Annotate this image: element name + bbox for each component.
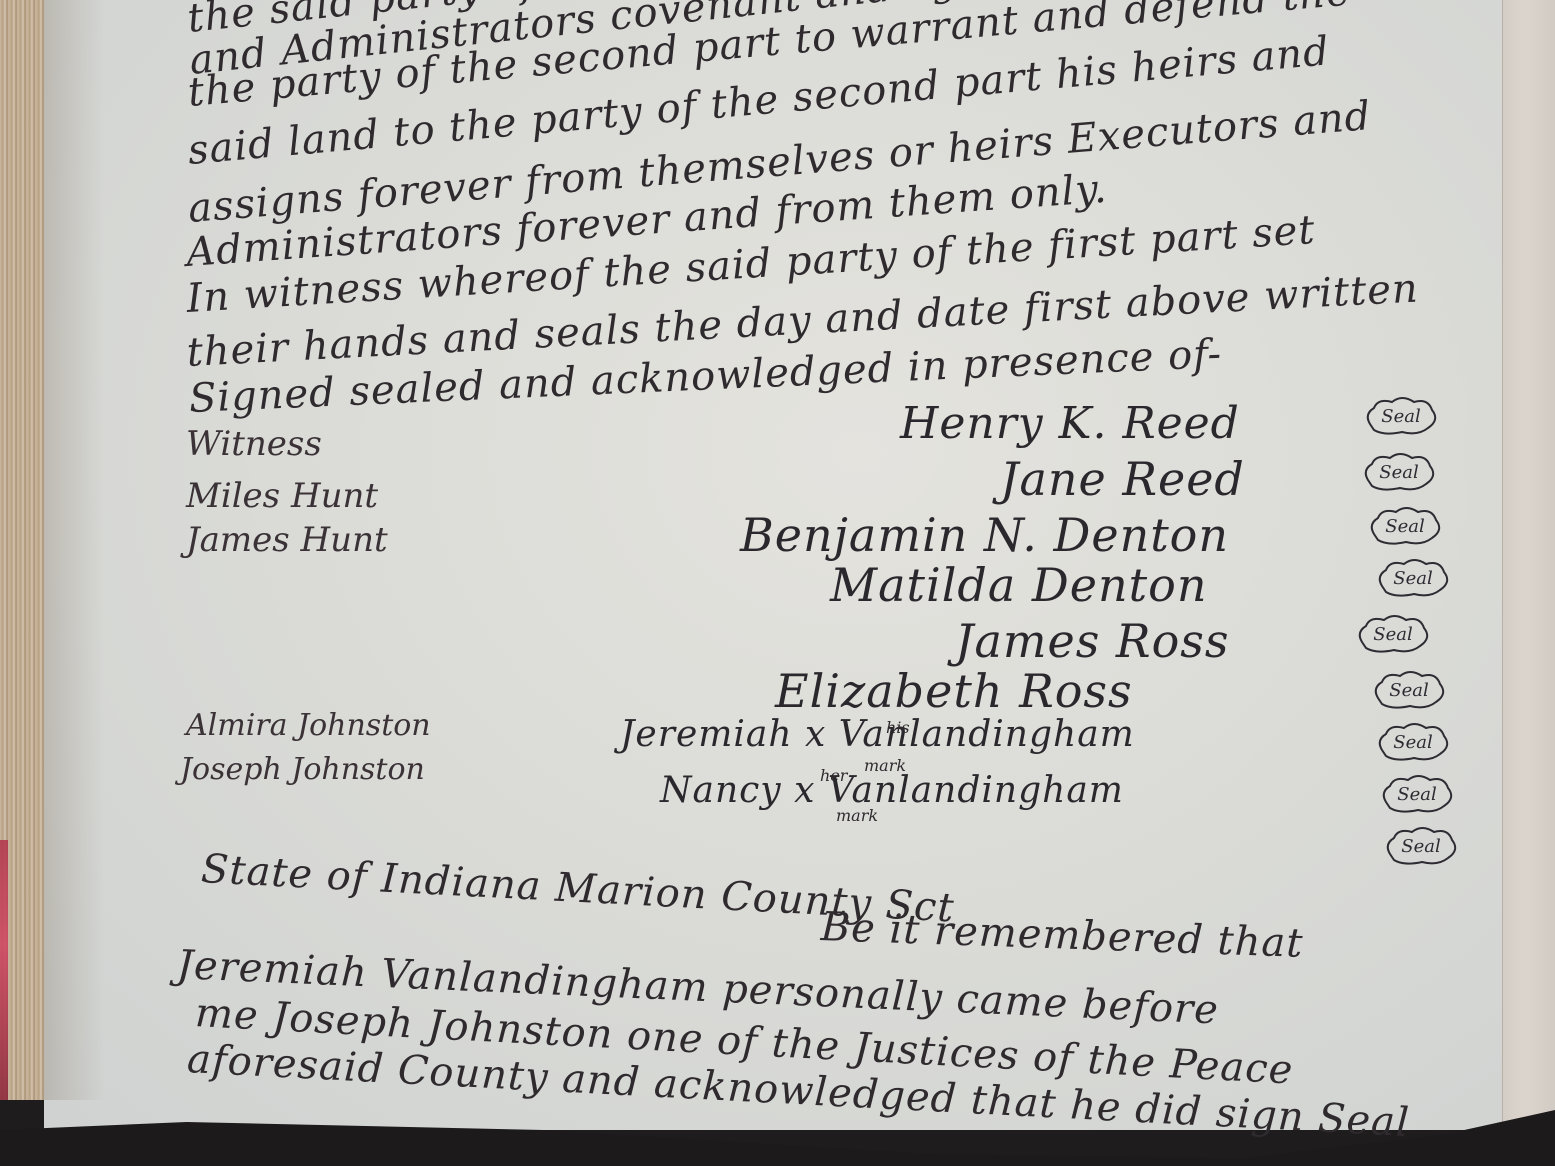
witness-miles-hunt: Miles Hunt (186, 476, 378, 516)
signature-nancy-vanlandingham: Nancy x Vanlandingham (660, 770, 1124, 811)
nancy-her-note: her (820, 766, 847, 785)
seal-icon: Seal (1374, 720, 1452, 764)
signature-matilda-denton: Matilda Denton (830, 558, 1207, 612)
seal-icon: Seal (1362, 394, 1440, 438)
seal-icon: Seal (1370, 668, 1448, 712)
seal-label: Seal (1393, 732, 1432, 753)
seal-label: Seal (1381, 406, 1420, 427)
witness-james-hunt: James Hunt (186, 520, 388, 560)
seal-icon: Seal (1354, 612, 1432, 656)
seal-icon: Seal (1366, 504, 1444, 548)
witness-almira-johnston: Almira Johnston (186, 708, 431, 743)
signature-jane-reed: Jane Reed (1000, 452, 1245, 506)
seal-label: Seal (1393, 568, 1432, 589)
seal-label: Seal (1401, 836, 1440, 857)
signature-jeremiah-vanlandingham: Jeremiah x Vanlandingham (620, 714, 1135, 755)
book-red-edge (0, 840, 8, 1100)
seal-icon: Seal (1378, 772, 1456, 816)
nancy-mark-note: mark (836, 806, 878, 825)
jeremiah-mark-note: mark (864, 756, 906, 775)
ledger-photo: the said party of the first part and Adm… (0, 0, 1555, 1166)
seal-label: Seal (1385, 516, 1424, 537)
seal-icon: Seal (1382, 824, 1460, 868)
signature-james-ross: James Ross (955, 614, 1229, 668)
adjacent-page (1502, 0, 1555, 1130)
witness-heading: Witness (186, 424, 322, 464)
signature-benjamin-n-denton: Benjamin N. Denton (740, 508, 1229, 562)
signature-elizabeth-ross: Elizabeth Ross (775, 664, 1133, 718)
page-fold-shadow (44, 0, 104, 1100)
signature-henry-k-reed: Henry K. Reed (900, 398, 1240, 449)
seal-label: Seal (1373, 624, 1412, 645)
witness-joseph-johnston: Joseph Johnston (180, 752, 425, 787)
seal-icon: Seal (1374, 556, 1452, 600)
seal-label: Seal (1397, 784, 1436, 805)
seal-label: Seal (1389, 680, 1428, 701)
seal-label: Seal (1379, 462, 1418, 483)
jeremiah-his-note: his (886, 718, 910, 737)
seal-icon: Seal (1360, 450, 1438, 494)
